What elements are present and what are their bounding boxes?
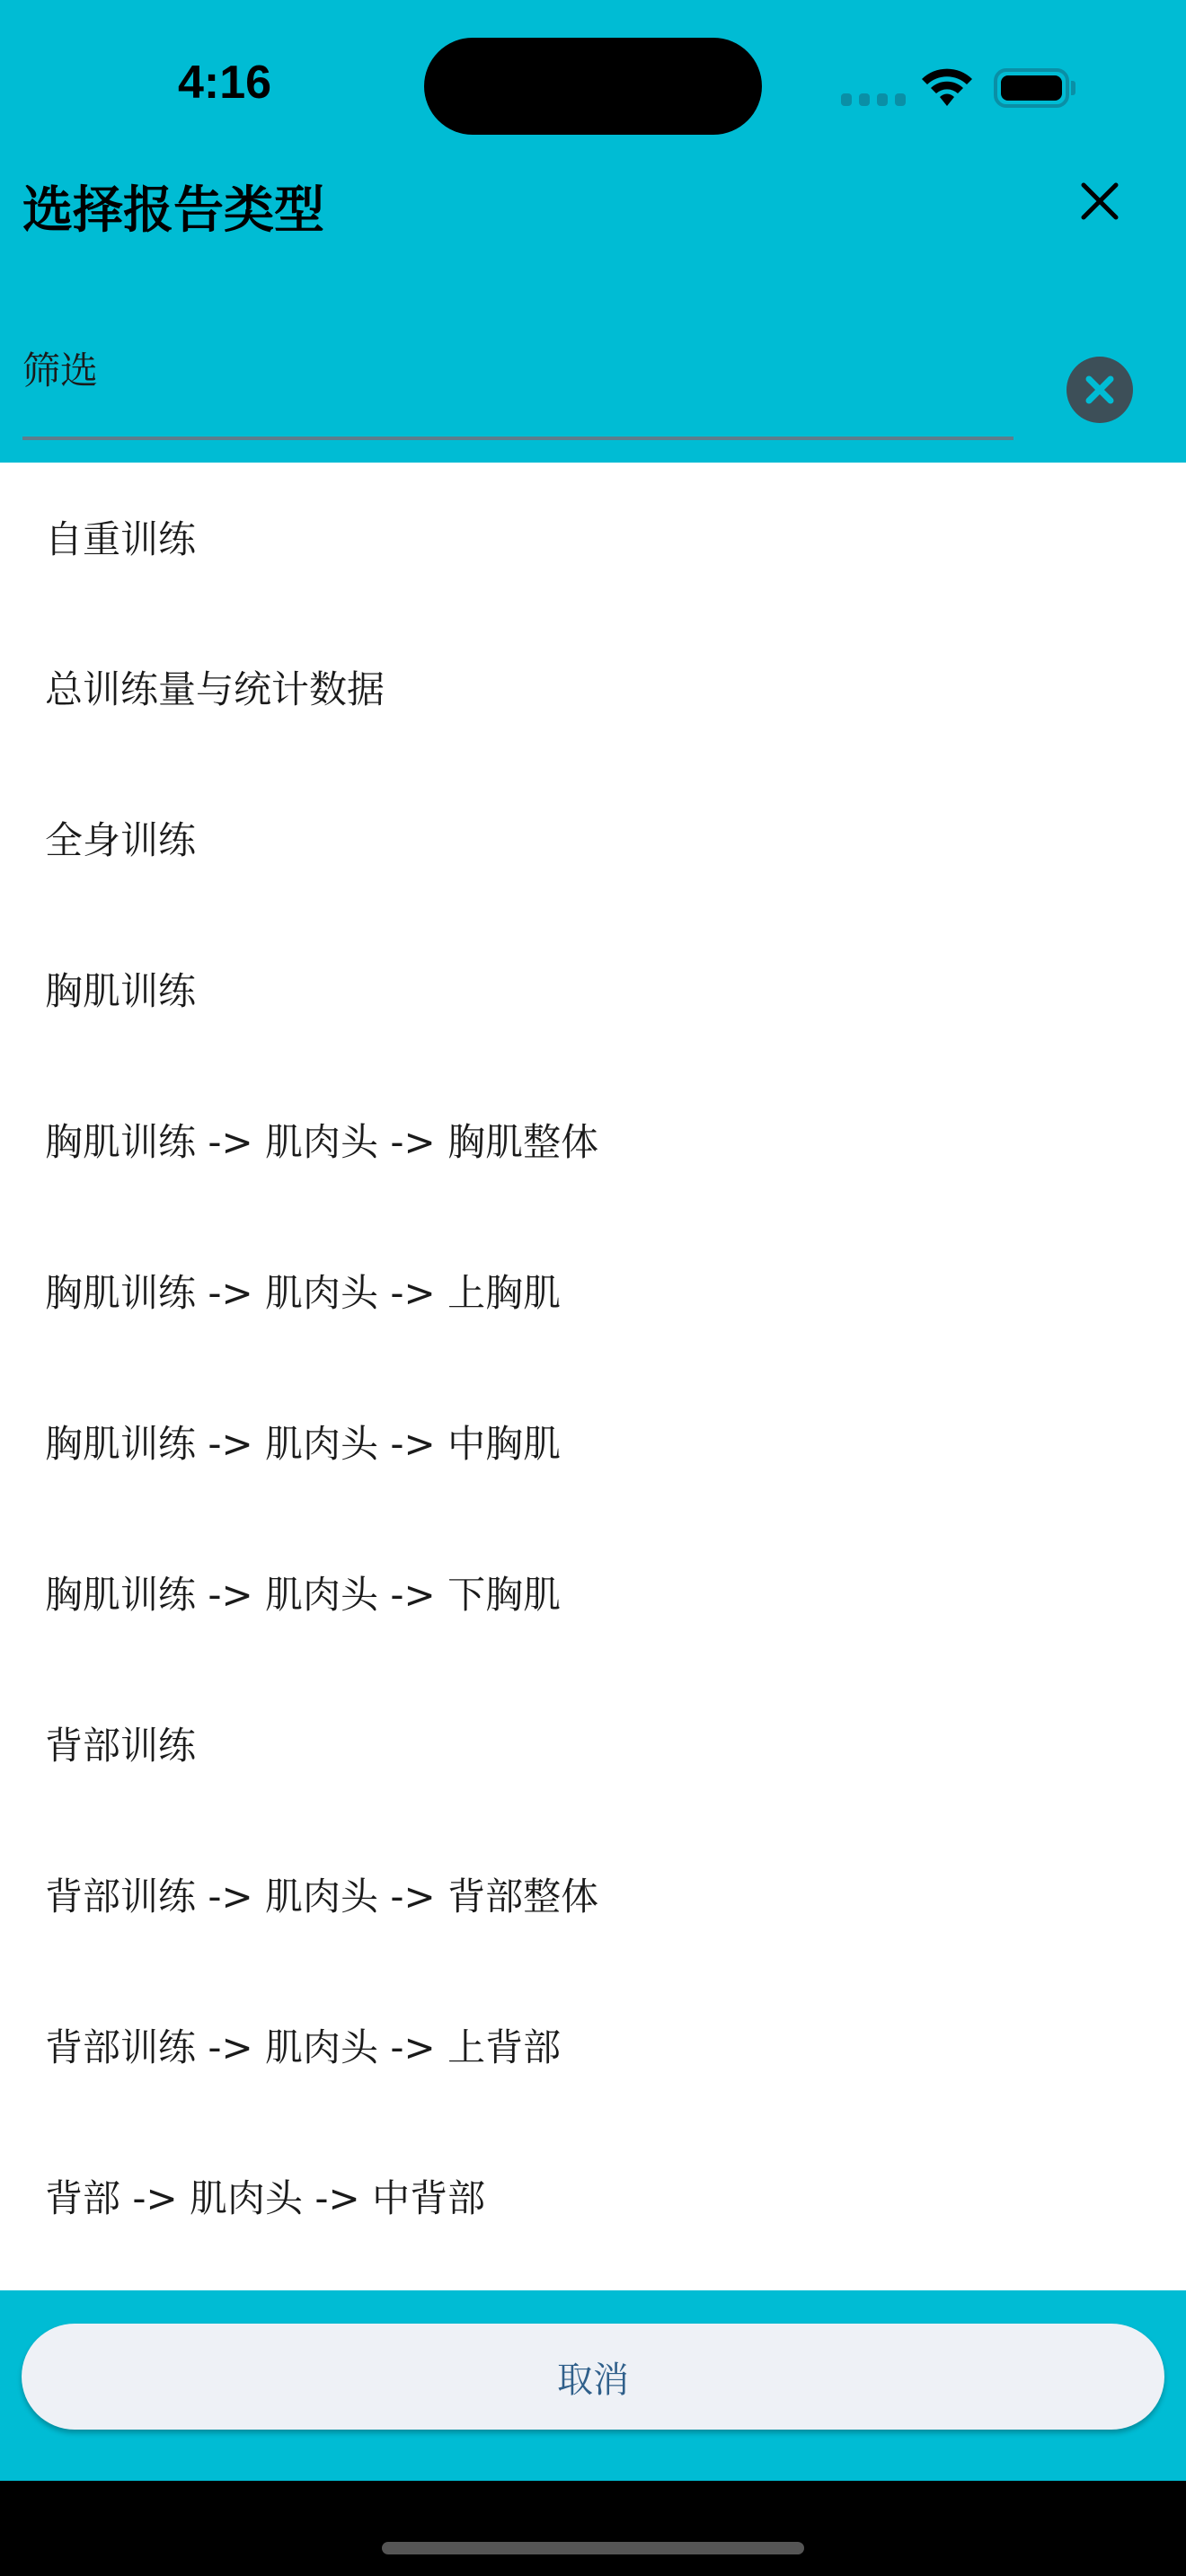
list-item[interactable]: 背部训练: [0, 1668, 1186, 1819]
header: 4:16 选择报告类型 筛选: [0, 0, 1186, 463]
home-bar: [0, 2481, 1186, 2576]
list-item[interactable]: 背部训练 -> 肌肉头 -> 上背部: [0, 1970, 1186, 2121]
wifi-icon: [920, 66, 974, 111]
dynamic-island: [424, 38, 762, 135]
list-item[interactable]: 胸肌训练 -> 肌肉头 -> 中胸肌: [0, 1366, 1186, 1517]
list-item[interactable]: 总训练量与统计数据: [0, 612, 1186, 763]
list-item[interactable]: 自重训练: [0, 463, 1186, 612]
battery-cap: [1071, 81, 1075, 95]
clear-filter-button[interactable]: [1067, 357, 1133, 423]
list-item[interactable]: 胸肌训练 -> 肌肉头 -> 下胸肌: [0, 1517, 1186, 1668]
status-time: 4:16: [135, 56, 314, 110]
home-indicator[interactable]: [382, 2542, 804, 2554]
clear-circle-icon: [1084, 374, 1116, 406]
battery-icon: [994, 68, 1069, 108]
footer: 取消: [0, 2290, 1186, 2481]
filter-underline: [22, 437, 1013, 440]
cellular-signal-icon: [841, 93, 906, 106]
list-item[interactable]: 胸肌训练 -> 肌肉头 -> 胸肌整体: [0, 1064, 1186, 1215]
page-title: 选择报告类型: [22, 171, 324, 243]
close-button[interactable]: [1069, 171, 1130, 232]
list-item[interactable]: 胸肌训练: [0, 913, 1186, 1064]
report-type-list: 自重训练 总训练量与统计数据 全身训练 胸肌训练 胸肌训练 -> 肌肉头 -> …: [0, 463, 1186, 2290]
list-item[interactable]: 背部训练 -> 肌肉头 -> 背部整体: [0, 1819, 1186, 1970]
list-item[interactable]: 胸肌训练 -> 肌肉头 -> 上胸肌: [0, 1215, 1186, 1366]
list-item[interactable]: 背部 -> 肌肉头 -> 中背部: [0, 2121, 1186, 2272]
cancel-button[interactable]: 取消: [22, 2324, 1164, 2430]
close-icon: [1080, 181, 1120, 221]
list-item[interactable]: 全身训练: [0, 763, 1186, 913]
filter-input[interactable]: [22, 332, 1013, 431]
